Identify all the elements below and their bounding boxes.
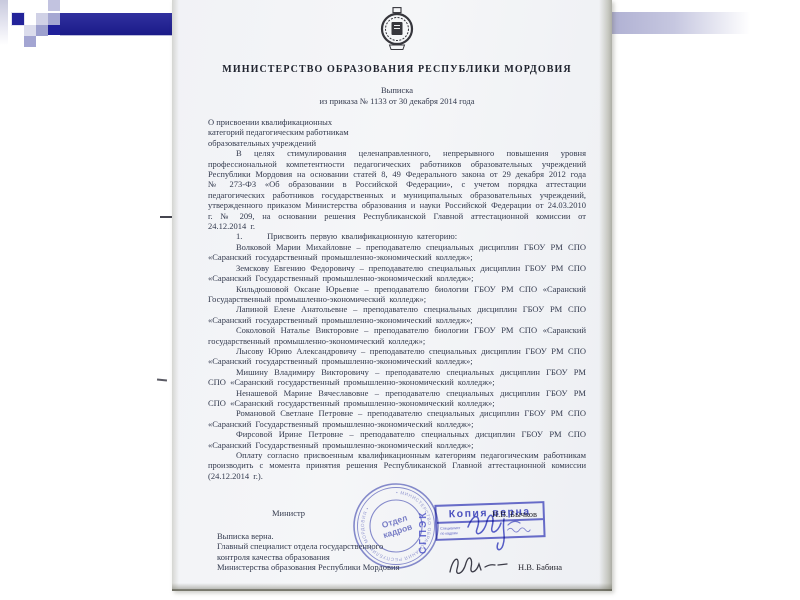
decor-square (36, 25, 48, 36)
slide: МИНИСТЕРСТВО ОБРАЗОВАНИЯ РЕСПУБЛИКИ МОРД… (0, 0, 800, 600)
verification-line: Выписка верна. (217, 531, 400, 541)
signature-zone: Министр Н.В. Бычков • МИНИСТЕРСТВО ОБРАЗ… (172, 0, 612, 591)
sgpek-side-label: СГПЭК (418, 504, 429, 554)
decor-square (48, 25, 60, 35)
verification-line: Министерства образования Республики Морд… (217, 562, 400, 572)
verification-block: Выписка верна. Главный специалист отдела… (217, 531, 400, 573)
decor-left-strip (0, 0, 8, 45)
decor-square-navy (12, 13, 24, 25)
decor-square (36, 13, 48, 25)
verification-line: Главный специалист отдела государственно… (217, 541, 400, 551)
paper-edge-left (172, 0, 179, 591)
paper-edge-right (599, 0, 612, 591)
paper-edge-bottom-line (172, 589, 612, 591)
title-bar-right (612, 12, 750, 34)
scan-margin-mark (160, 216, 172, 218)
document-page: МИНИСТЕРСТВО ОБРАЗОВАНИЯ РЕСПУБЛИКИ МОРД… (172, 0, 612, 591)
specialist-handwritten-signature (444, 550, 510, 580)
verification-line: контроля качества образования (217, 552, 400, 562)
decor-square (48, 13, 60, 25)
paper-edge-bottom (172, 583, 612, 591)
specialist-name: Н.В. Бабина (518, 562, 562, 572)
title-bar-left (60, 13, 176, 36)
decor-square (48, 0, 60, 11)
scan-margin-mark (157, 378, 167, 381)
decor-square (24, 36, 36, 47)
decor-square (24, 25, 36, 36)
minister-label: Министр (272, 508, 305, 518)
